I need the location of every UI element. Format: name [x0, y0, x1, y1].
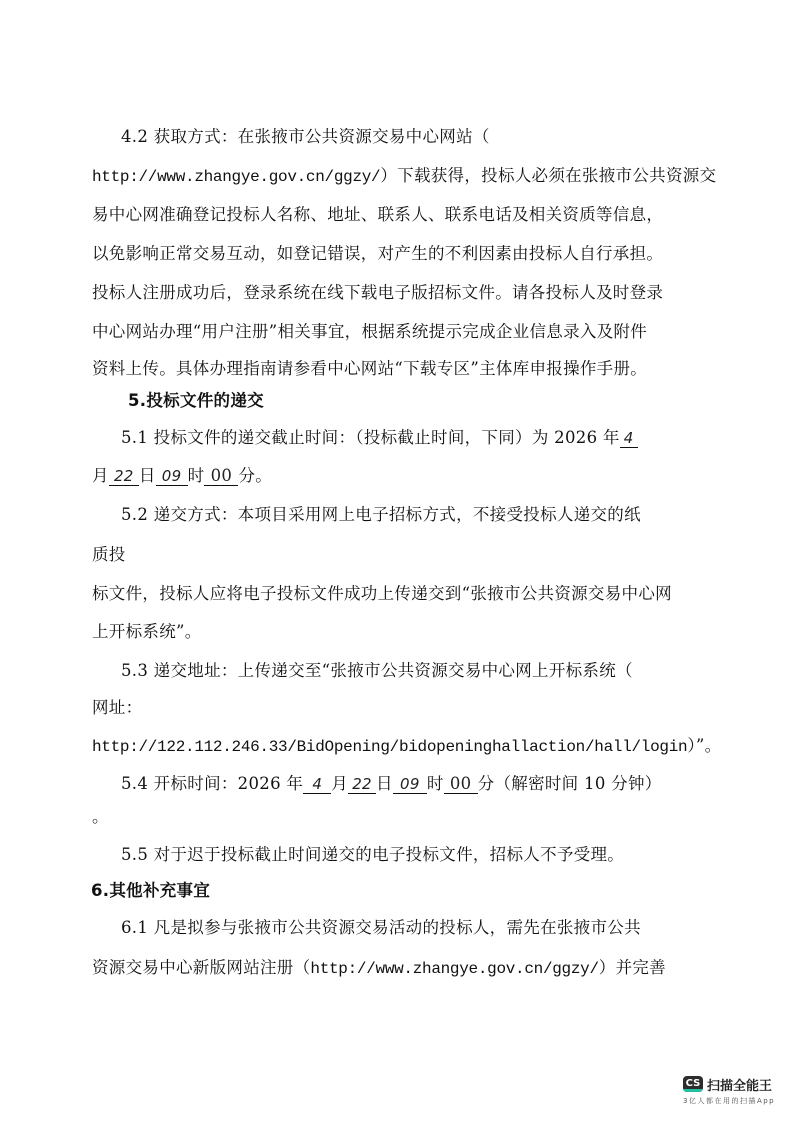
section-6-1-line-1: 6.1 凡是拟参与张掖市公共资源交易活动的投标人，需先在张掖市公共	[121, 918, 641, 938]
section-5-heading: 5.投标文件的递交	[128, 391, 264, 411]
section-5-4-line-2: 。	[92, 807, 109, 827]
opening-month: 4	[303, 775, 331, 794]
section-5-3-line-2: 网址：	[92, 698, 142, 718]
opening-suffix: 分（解密时间 10 分钟）	[478, 774, 662, 793]
section-4-2-line-7: 资料上传。具体办理指南请参看中心网站“下载专区”主体库申报操作手册。	[92, 359, 647, 379]
section-5-3-line-3: http://122.112.246.33/BidOpening/bidopen…	[92, 736, 721, 757]
watermark-subtitle: 3亿人都在用的扫描App	[683, 1096, 775, 1106]
section-5-3-line-1: 5.3 递交地址：上传递交至“张掖市公共资源交易中心网上开标系统（	[121, 661, 633, 681]
deadline-prefix: 5.1 投标文件的递交截止时间：（投标截止时间，下同）为 2026 年	[121, 428, 620, 447]
section-4-2-line-3: 易中心网准确登记投标人名称、地址、联系人、联系电话及相关资质等信息，	[92, 205, 663, 225]
month-label: 月	[92, 466, 109, 485]
deadline-hour: 09	[156, 467, 188, 486]
section-4-2-line-5: 投标人注册成功后，登录系统在线下载电子版招标文件。请各投标人及时登录	[92, 283, 663, 303]
opening-day: 22	[348, 775, 376, 794]
camscanner-watermark: CS 扫描全能王 3亿人都在用的扫描App	[683, 1076, 783, 1112]
day-label: 日	[376, 774, 393, 793]
hour-label: 时	[427, 774, 444, 793]
deadline-month: 4	[620, 429, 638, 448]
opening-hour: 09	[393, 775, 427, 794]
section-4-2-line-6: 中心网站办理“用户注册”相关事宜，根据系统提示完成企业信息录入及附件	[92, 322, 647, 342]
section-4-2-line-1: 4.2 获取方式：在张掖市公共资源交易中心网站（	[121, 127, 490, 147]
website-url-2[interactable]: http://www.zhangye.gov.cn/ggzy/	[310, 960, 598, 978]
section-6-heading: 6.其他补充事宜	[91, 881, 210, 901]
opening-minute: 00	[444, 775, 478, 794]
section-6-1-prefix: 资源交易中心新版网站注册（	[92, 958, 310, 977]
section-5-5: 5.5 对于迟于投标截止时间递交的电子投标文件，招标人不予受理。	[121, 845, 624, 865]
deadline-minute: 00	[204, 467, 238, 486]
section-6-1-line-2: 资源交易中心新版网站注册（http://www.zhangye.gov.cn/g…	[92, 958, 666, 979]
section-5-2-line-4: 上开标系统”。	[92, 622, 202, 642]
opening-prefix: 5.4 开标时间：2026 年	[121, 774, 303, 793]
minute-label: 分。	[238, 466, 272, 485]
section-5-2-line-2: 质投	[92, 545, 126, 565]
url-tail: ）”。	[687, 736, 721, 755]
watermark-title: 扫描全能王	[707, 1075, 772, 1094]
camscanner-logo-icon: CS	[683, 1076, 703, 1092]
day-label: 日	[139, 466, 156, 485]
section-6-1-suffix: ）并完善	[599, 958, 666, 977]
hour-label: 时	[188, 466, 205, 485]
month-label: 月	[331, 774, 348, 793]
section-5-2-line-3: 标文件，投标人应将电子投标文件成功上传递交到“张掖市公共资源交易中心网	[92, 584, 672, 604]
deadline-day: 22	[109, 467, 139, 486]
section-4-2-line-4: 以免影响正常交易互动，如登记错误，对产生的不利因素由投标人自行承担。	[92, 244, 663, 264]
website-url[interactable]: http://www.zhangye.gov.cn/ggzy/	[92, 168, 380, 186]
section-4-2-line-2: http://www.zhangye.gov.cn/ggzy/）下载获得，投标人…	[92, 166, 716, 187]
section-5-1-line-2: 月22日09时00分。	[92, 466, 272, 486]
section-4-2-line-2-text: ）下载获得，投标人必须在张掖市公共资源交	[380, 166, 716, 185]
section-5-2-line-1: 5.2 递交方式：本项目采用网上电子招标方式，不接受投标人递交的纸	[121, 505, 641, 525]
section-5-1-line-1: 5.1 投标文件的递交截止时间：（投标截止时间，下同）为 2026 年4	[121, 428, 638, 448]
bid-opening-url[interactable]: http://122.112.246.33/BidOpening/bidopen…	[92, 738, 687, 756]
section-5-4-line-1: 5.4 开标时间：2026 年4月22日09时00分（解密时间 10 分钟）	[121, 774, 662, 794]
